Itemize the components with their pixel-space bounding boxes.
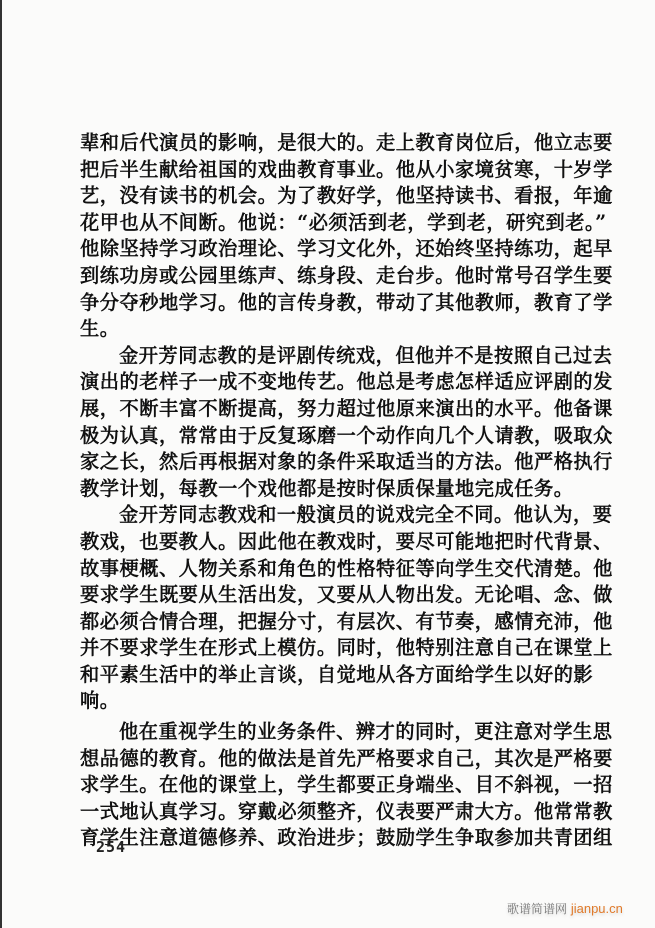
text-line: 他除坚持学习政治理论、学习文化外，还始终坚持练功，起早 <box>80 236 552 263</box>
page-number: 254 <box>96 838 126 856</box>
text-line: 到练功房或公园里练声、练身段、走台步。他时常号召学生要 <box>80 263 552 290</box>
text-line: 花甲也从不间断。他说：“必须活到老，学到老，研究到老。” <box>80 210 552 237</box>
paragraph-2: 金开芳同志教的是评剧传统戏，但他并不是按照自己过去 演出的老样子一成不变地传艺。… <box>80 343 552 503</box>
text-line: 故事梗概、人物关系和角色的性格特征等向学生交代清楚。他 <box>80 556 552 583</box>
page-body: 辈和后代演员的影响，是很大的。走上教育岗位后，他立志要 把后半生献给祖国的戏曲教… <box>80 130 552 852</box>
watermark-url: jianpu.cn <box>571 901 623 916</box>
watermark-chinese: 歌谱简谱网 <box>507 902 567 916</box>
text-line: 艺，没有读书的机会。为了教好学，他坚持读书、看报，年逾 <box>80 183 552 210</box>
text-line: 和平素生活中的举止言谈，自觉地从各方面给学生以好的影 <box>80 662 552 689</box>
text-line: 他在重视学生的业务条件、辨才的同时，更注意对学生思 <box>80 719 552 746</box>
text-line: 响。 <box>80 688 552 715</box>
text-line: 争分夺秒地学习。他的言传身教，带动了其他教师，教育了学 <box>80 290 552 317</box>
text-line: 展，不断丰富不断提高，努力超过他原来演出的水平。他备课 <box>80 396 552 423</box>
text-line: 辈和后代演员的影响，是很大的。走上教育岗位后，他立志要 <box>80 130 552 157</box>
paragraph-1: 辈和后代演员的影响，是很大的。走上教育岗位后，他立志要 把后半生献给祖国的戏曲教… <box>80 130 552 343</box>
paragraph-4: 他在重视学生的业务条件、辨才的同时，更注意对学生思 想品德的教育。他的做法是首先… <box>80 719 552 852</box>
paragraph-3: 金开芳同志教戏和一般演员的说戏完全不同。他认为，要 教戏，也要教人。因此他在教戏… <box>80 502 552 715</box>
text-line: 想品德的教育。他的做法是首先严格要求自己，其次是严格要 <box>80 746 552 773</box>
text-line: 并不要求学生在形式上模仿。同时，他特别注意自己在课堂上 <box>80 635 552 662</box>
watermark: 歌谱简谱网 jianpu.cn <box>507 900 623 917</box>
text-line: 都必须合情合理，把握分寸，有层次、有节奏，感情充沛，他 <box>80 609 552 636</box>
text-line: 生。 <box>80 316 552 343</box>
page-left-edge <box>0 0 2 928</box>
text-line: 把后半生献给祖国的戏曲教育事业。他从小家境贫寒，十岁学 <box>80 157 552 184</box>
text-line: 一式地认真学习。穿戴必须整齐，仪表要严肃大方。他常常教 <box>80 799 552 826</box>
text-line: 育学生注意道德修养、政治进步；鼓励学生争取参加共青团组 <box>80 825 552 852</box>
text-line: 教学计划，每教一个戏他都是按时保质保量地完成任务。 <box>80 476 552 503</box>
text-line: 求学生。在他的课堂上，学生都要正身端坐、目不斜视，一招 <box>80 772 552 799</box>
text-line: 金开芳同志教的是评剧传统戏，但他并不是按照自己过去 <box>80 343 552 370</box>
text-line: 要求学生既要从生活出发，又要从人物出发。无论唱、念、做 <box>80 582 552 609</box>
text-line: 极为认真，常常由于反复琢磨一个动作向几个人请教，吸取众 <box>80 423 552 450</box>
text-line: 教戏，也要教人。因此他在教戏时，要尽可能地把时代背景、 <box>80 529 552 556</box>
text-line: 演出的老样子一成不变地传艺。他总是考虑怎样适应评剧的发 <box>80 369 552 396</box>
text-line: 金开芳同志教戏和一般演员的说戏完全不同。他认为，要 <box>80 502 552 529</box>
text-line: 家之长，然后再根据对象的条件采取适当的方法。他严格执行 <box>80 449 552 476</box>
